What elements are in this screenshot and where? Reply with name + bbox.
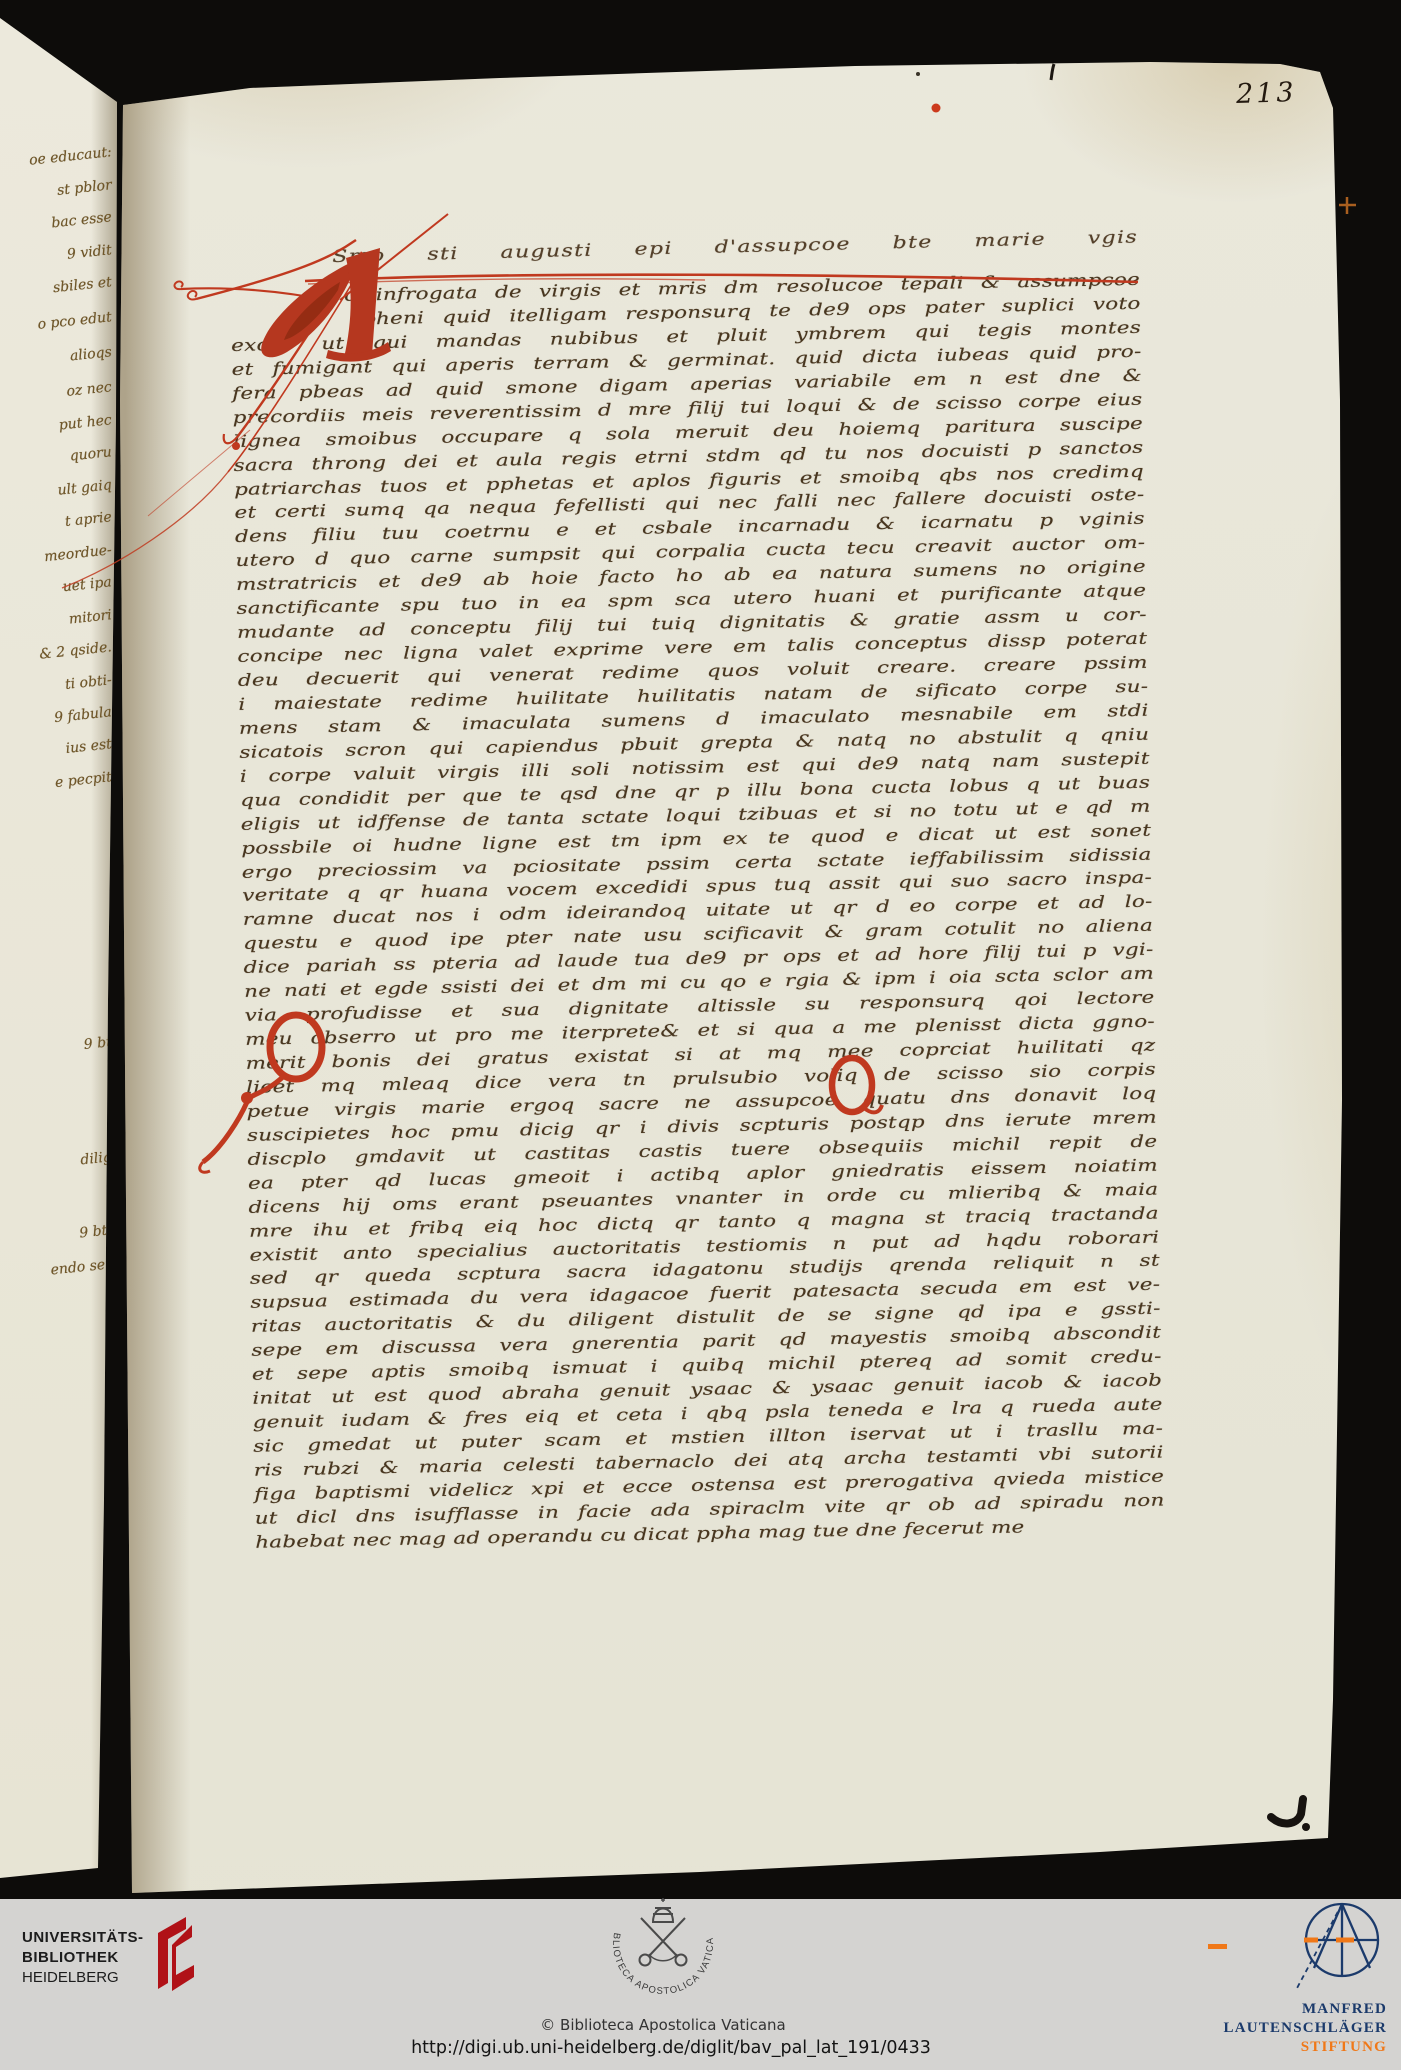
facing-page-fragment: mitori — [0, 607, 113, 635]
facing-page-fragment: bac esse — [0, 209, 113, 237]
facing-page-edge: oe educaut:st pblorbac esse9 viditsbiles… — [0, 0, 125, 1900]
sponsor-name-line3: STIFTUNG — [1224, 2038, 1388, 2057]
facing-page-fragment: oz nec — [0, 379, 113, 407]
facing-page-fragment: 9 fabula — [0, 704, 113, 732]
vatican-library-emblem-icon: BIBLIOTECA APOSTOLICA VATICANA — [602, 1896, 724, 2012]
facing-page-fragment: endo ser — [0, 1256, 113, 1284]
facing-page-fragment: alioqs — [0, 344, 113, 372]
sponsor-globe-logo-icon — [1288, 1900, 1392, 1994]
vatican-copyright: © Biblioteca Apostolica Vaticana — [540, 2016, 785, 2034]
sponsor-name-line1: MANFRED — [1224, 2000, 1388, 2019]
facing-page-fragment: uet ipa — [0, 574, 113, 602]
facing-page-fragment: o pco edut — [0, 309, 113, 337]
rubric-title: Smo sti augusti epi d'assupcoe bte marie… — [332, 227, 1138, 267]
facing-page-fragment: & 2 qside. — [0, 639, 113, 667]
facing-page-fragment: ti obti- — [0, 672, 113, 700]
library-name-line2: BIBLIOTHEK — [22, 1948, 144, 1968]
facing-page-fragment: ult gaiq — [0, 477, 113, 505]
scanned-page-photo: oe educaut:st pblorbac esse9 viditsbiles… — [0, 0, 1401, 2070]
source-url: http://digi.ub.uni-heidelberg.de/diglit/… — [411, 2038, 931, 2058]
library-book-logo-icon — [138, 1903, 208, 1999]
facing-page-fragment: e pecpit — [0, 769, 113, 797]
library-name-line3: HEIDELBERG — [22, 1968, 144, 1988]
folio-number: 213 — [1235, 77, 1297, 110]
facing-page-fragment: oe educaut: — [0, 144, 113, 172]
facing-page-fragment: t aprie — [0, 509, 113, 537]
facing-page-fragment: meordue- — [0, 542, 113, 570]
facing-page-fragment: quoru — [0, 444, 113, 472]
plus-mark — [1339, 197, 1356, 214]
manuscript-page: 213 Smo sti augusti epi d'assupcoe bte m… — [0, 0, 1401, 2070]
library-name: UNIVERSITÄTS- BIBLIOTHEK HEIDELBERG — [22, 1928, 144, 1988]
sponsor-name: MANFRED LAUTENSCHLÄGER STIFTUNG — [1224, 2000, 1388, 2057]
sponsor-orange-dash — [1208, 1944, 1227, 1949]
facing-page-fragment: 9 bti — [0, 1222, 113, 1250]
facing-page-fragment: dilig — [0, 1149, 113, 1177]
facing-page-fragment: 9 vidit — [0, 242, 113, 270]
sponsor-name-line2: LAUTENSCHLÄGER — [1224, 2019, 1388, 2038]
facing-page-fragment: st pblor — [0, 177, 113, 205]
facing-page-fragment: ius est — [0, 736, 113, 764]
manuscript-text-block: d infrogata de virgis et mris dm resoluc… — [230, 268, 1165, 1555]
facing-page-fragment: 9 bt — [0, 1034, 113, 1062]
facing-page-fragment: put hec — [0, 412, 113, 440]
library-name-line1: UNIVERSITÄTS- — [22, 1928, 144, 1948]
facing-page-fragment: sbiles et — [0, 274, 113, 302]
